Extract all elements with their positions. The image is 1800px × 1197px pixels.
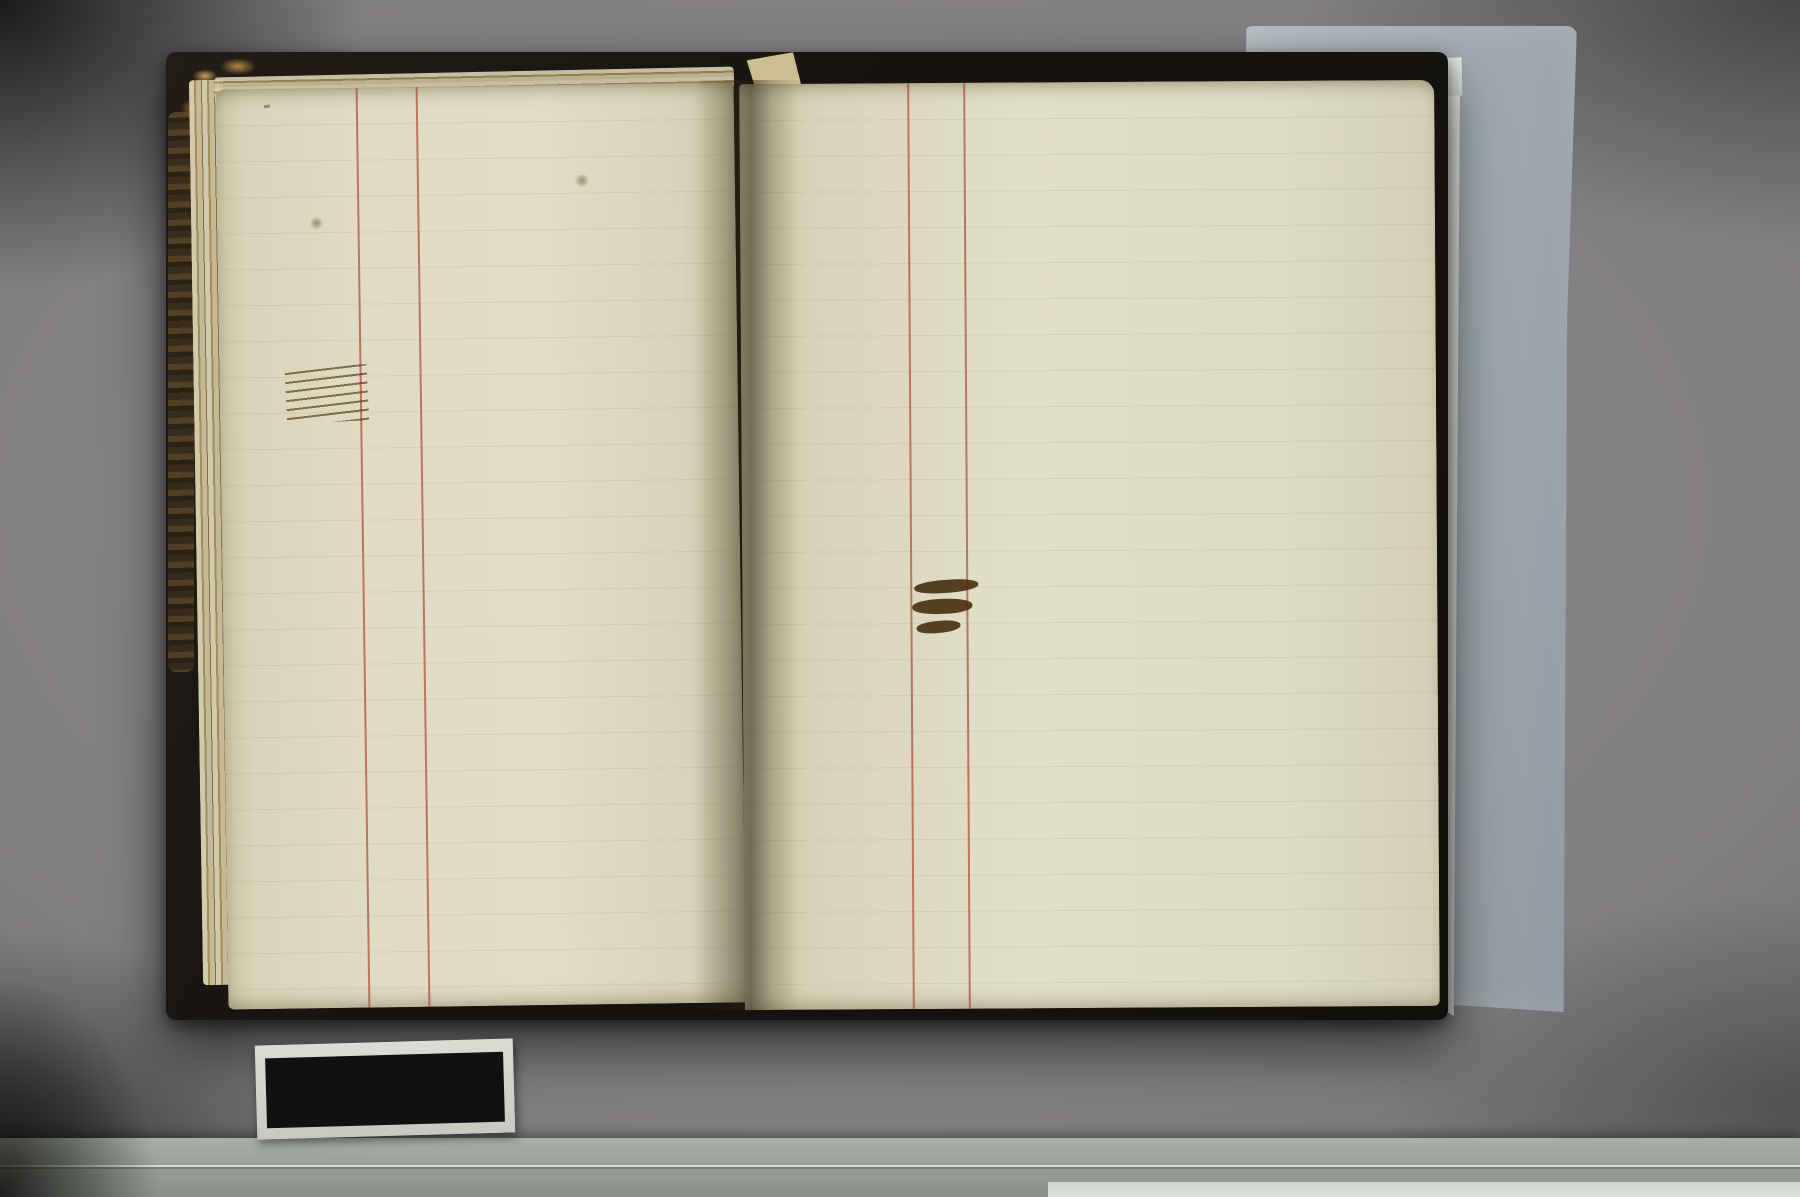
- scale-segments: [265, 1052, 505, 1129]
- margin-rule: [356, 88, 371, 1008]
- fabric-white-edge: [1048, 1182, 1800, 1197]
- cm-scale-bar: [255, 1038, 516, 1139]
- shadow-corner: [0, 955, 175, 1197]
- ink-blot: [912, 598, 973, 615]
- scale-number-row: [267, 1054, 502, 1103]
- stain: [573, 174, 591, 186]
- ink-blot: [916, 619, 961, 635]
- margin-rule: [416, 87, 431, 1007]
- notebook-page-right: [739, 80, 1440, 1010]
- page-number-left: [264, 105, 270, 109]
- margin-rule: [907, 83, 915, 1009]
- margin-rule: [963, 83, 971, 1009]
- ink-blot: [914, 577, 979, 595]
- scale-block-row: [268, 1096, 503, 1127]
- notebook-photo: [0, 0, 1800, 1197]
- fabric-seam: [0, 1165, 1800, 1169]
- notebook-page-left: [216, 82, 747, 1009]
- stain: [309, 216, 323, 230]
- ink-scribble: [285, 364, 370, 424]
- backdrop-fabric-strip: [0, 1138, 1800, 1197]
